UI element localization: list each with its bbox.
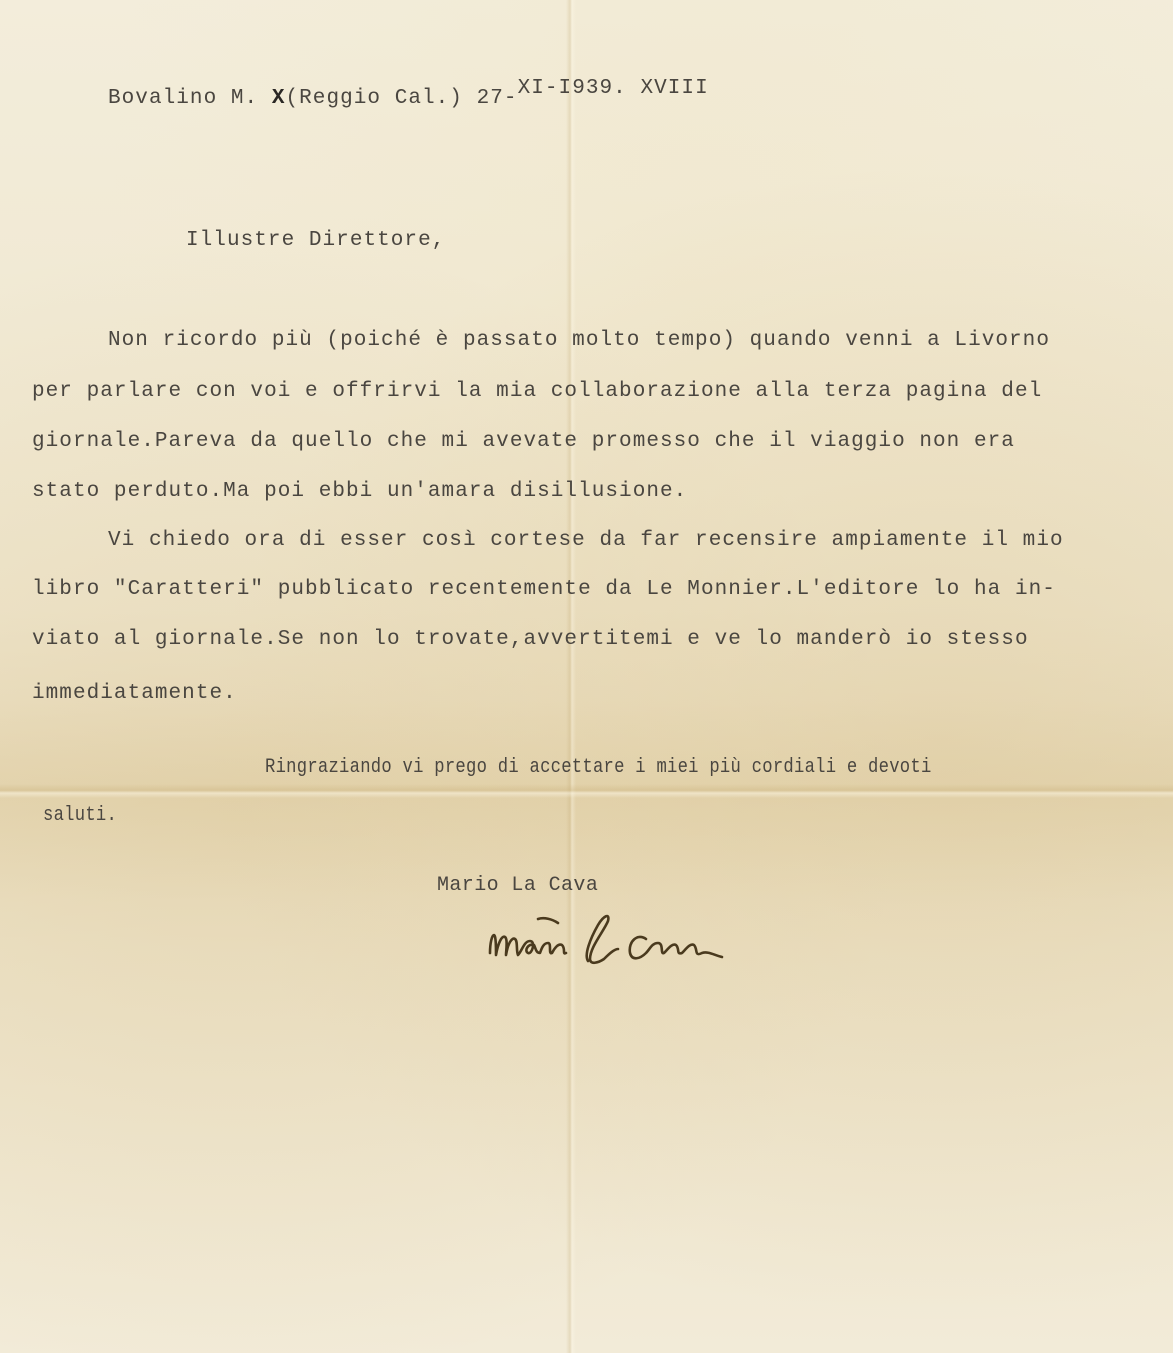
body-line: Vi chiedo ora di esser così cortese da f… [108,530,1064,551]
era-year: XVIII [627,77,709,100]
salutation: Illustre Direttore, [186,230,445,251]
body-line: libro "Caratteri" pubblicato recentement… [32,579,1056,600]
paper-stain [0,700,1173,900]
body-line: Non ricordo più (poiché è passato molto … [108,330,1050,351]
place-name: Bovalino M. [108,87,272,110]
date-month-year: XI-I939. [518,77,627,100]
letter-date-header: Bovalino M. X(Reggio Cal.) 27-XI-I939. X… [108,88,709,109]
closing-end: saluti. [43,806,117,826]
typed-signature: Mario La Cava [437,876,598,896]
body-line: giornale.Pareva da quello che mi avevate… [32,431,1015,452]
body-line: stato perduto.Ma poi ebbi un'amara disil… [32,481,687,502]
region-name: (Reggio Cal.) [285,87,476,110]
struck-out-character: X [272,87,286,110]
body-line: viato al giornale.Se non lo trovate,avve… [32,629,1029,650]
handwritten-signature-icon [478,905,738,975]
closing-line: Ringraziando vi prego di accettare i mie… [265,758,932,778]
vertical-fold-crease [566,0,576,1353]
date-day: 27- [477,87,518,110]
body-line: immediatamente. [32,683,237,704]
horizontal-fold-crease [0,784,1173,798]
letter-page: Bovalino M. X(Reggio Cal.) 27-XI-I939. X… [0,0,1173,1353]
body-line: per parlare con voi e offrirvi la mia co… [32,381,1042,402]
